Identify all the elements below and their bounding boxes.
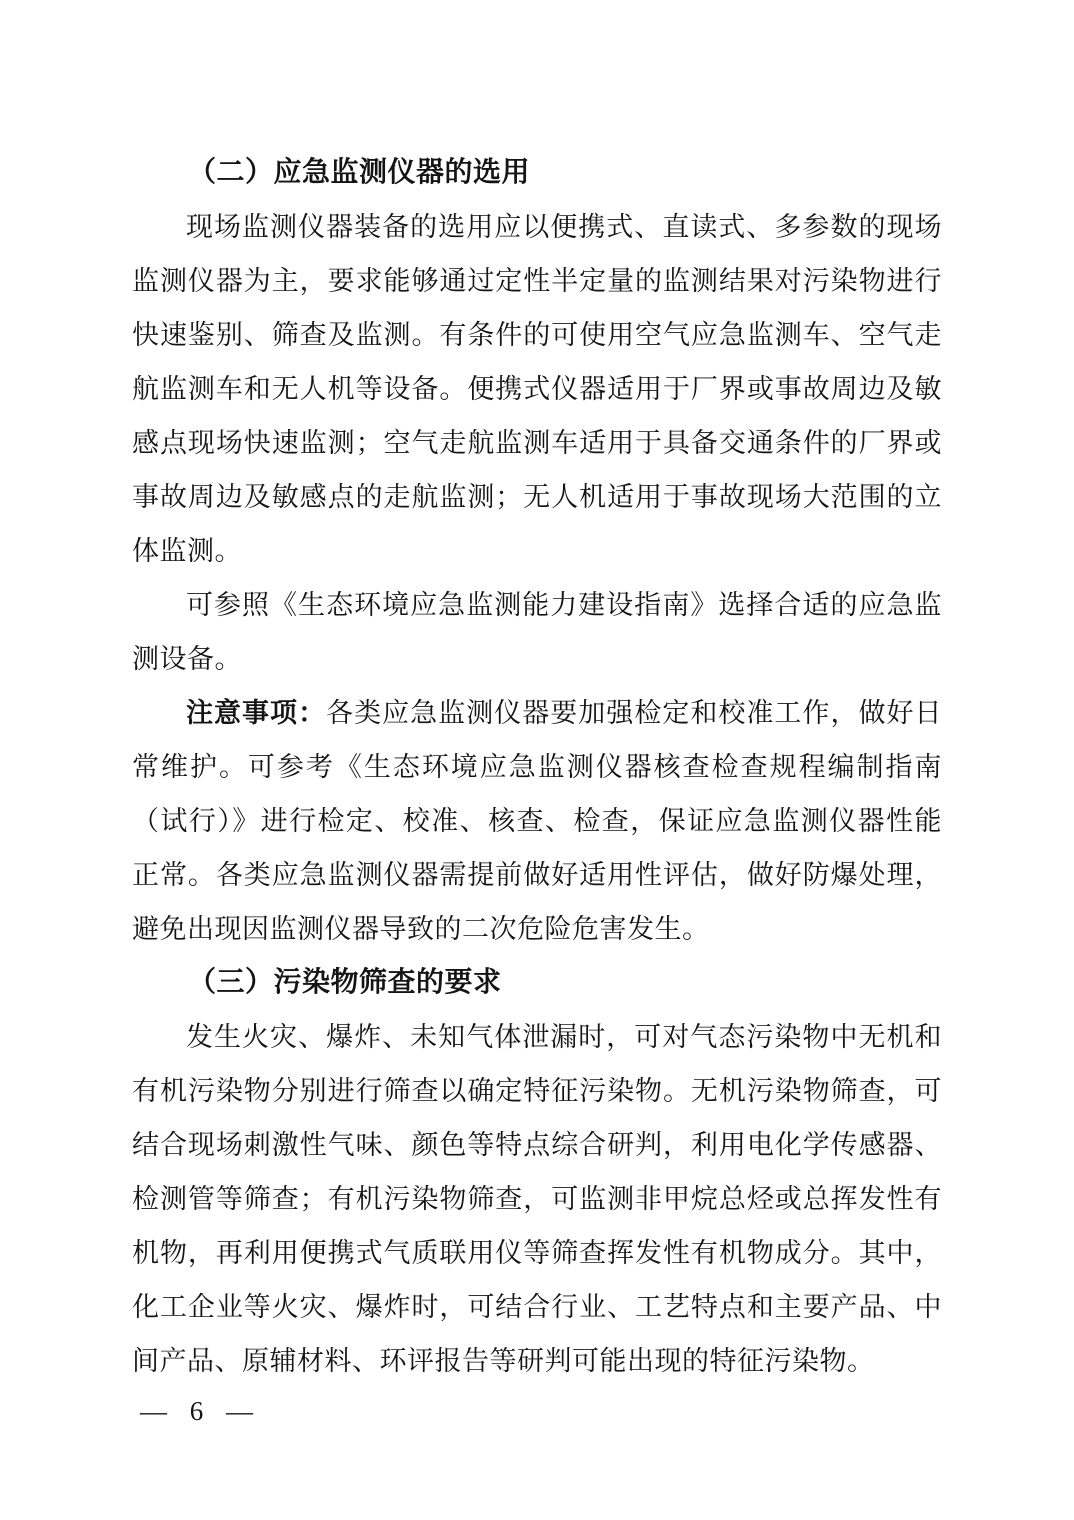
paragraph-equipment-selection-body: 现场监测仪器装备的选用应以便携式、直读式、多参数的现场监测仪器为主，要求能够通过… [132, 200, 942, 578]
page-number: — 6 — [140, 1396, 253, 1426]
paragraph-notes-lead: 注意事项： [186, 698, 326, 728]
section-heading-equipment-selection: （二）应急监测仪器的选用 [132, 146, 942, 200]
paragraph-notes: 注意事项：各类应急监测仪器要加强检定和校准工作，做好日常维护。可参考《生态环境应… [132, 686, 942, 956]
paragraph-pollutant-screening-body: 发生火灾、爆炸、未知气体泄漏时，可对气态污染物中无机和有机污染物分别进行筛查以确… [132, 1010, 942, 1388]
section-heading-pollutant-screening: （三）污染物筛查的要求 [132, 956, 942, 1010]
paragraph-reference-guide: 可参照《生态环境应急监测能力建设指南》选择合适的应急监测设备。 [132, 578, 942, 686]
document-page: （二）应急监测仪器的选用 现场监测仪器装备的选用应以便携式、直读式、多参数的现场… [0, 0, 1074, 1520]
paragraph-notes-text: 各类应急监测仪器要加强检定和校准工作，做好日常维护。可参考《生态环境应急监测仪器… [132, 698, 942, 944]
document-body: （二）应急监测仪器的选用 现场监测仪器装备的选用应以便携式、直读式、多参数的现场… [132, 146, 942, 1388]
page-footer: — 6 — [140, 1384, 253, 1438]
